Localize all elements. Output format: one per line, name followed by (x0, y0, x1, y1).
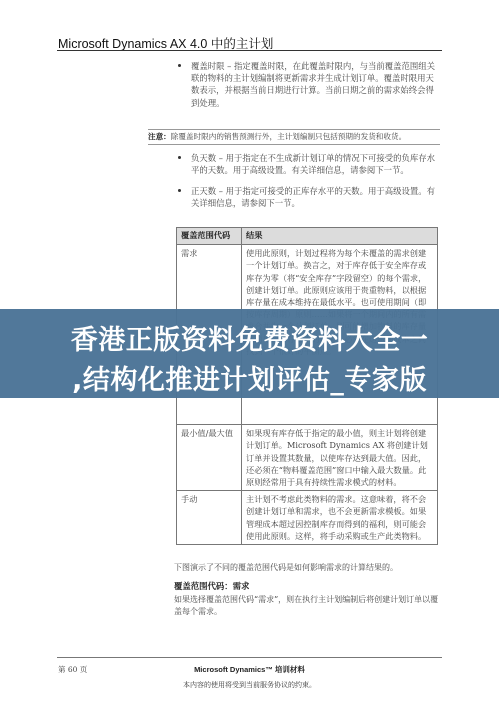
cell-code: 手动 (177, 491, 242, 545)
bullet-negative-days: 负天数 – 用于指定在不生成新计划订单的情况下可接受的负库存水平的天数。用于高级… (178, 152, 436, 176)
column-header-code: 覆盖范围代码 (177, 228, 242, 245)
footer-divider (57, 657, 442, 658)
cell-result: 主计划不考虑此类物料的需求。这意味着，将不会创建计划订单和需求，也不会更新需求模… (242, 491, 438, 545)
bullet-positive-days: 正天数 – 用于指定可接受的正库存水平的天数。用于高级设置。有关详细信息，请参阅… (178, 185, 436, 209)
note-text: 除覆盖时限内的销售预测行外，主计划编制只包括预期的发货和收货。 (171, 132, 406, 141)
bullet-icon (178, 64, 181, 67)
table-header-row: 覆盖范围代码 结果 (177, 228, 438, 245)
cell-code: 最小值/最大值 (177, 425, 242, 491)
footer-terms: 本内容的使用将受到当前服务协议的约束。 (0, 680, 499, 690)
bullet-icon (178, 189, 181, 192)
section-subheading: 覆盖范围代码：需求 (174, 580, 249, 592)
banner-title-line-2: ,结构化推进计划评估_专家版 (0, 358, 499, 397)
bullet-text: 负天数 – 用于指定在不生成新计划订单的情况下可接受的负库存水平的天数。用于高级… (191, 153, 435, 175)
banner-title-line-1: 香港正版资料免费资料大全一 (0, 318, 499, 357)
figure-intro-text: 下图演示了不同的覆盖范围代码是如何影响需求的计算结果的。 (174, 562, 440, 574)
table-row: 最小值/最大值 如果现有库存低于指定的最小值，则主计划将创建计划订单。Micro… (177, 425, 438, 491)
note-box: 注意：除覆盖时限内的销售预测行外，主计划编制只包括预期的发货和收货。 (148, 129, 440, 145)
document-page: Microsoft Dynamics AX 4.0 中的主计划 覆盖时限 – 指… (0, 0, 499, 706)
table-row: 手动 主计划不考虑此类物料的需求。这意味着，将不会创建计划订单和需求，也不会更新… (177, 491, 438, 545)
bullet-text: 正天数 – 用于指定可接受的正库存水平的天数。用于高级设置。有关详细信息，请参阅… (191, 186, 435, 208)
header-divider (57, 50, 442, 51)
bullet-text: 覆盖时限 – 指定覆盖时限，在此覆盖时限内，与当前覆盖范围组关联的物料的主计划编… (191, 61, 435, 108)
footer-brand: Microsoft Dynamics™ 培训材料 (0, 664, 499, 675)
cell-result: 如果现有库存低于指定的最小值，则主计划将创建计划订单。Microsoft Dyn… (242, 425, 438, 491)
column-header-result: 结果 (242, 228, 438, 245)
bullet-icon (178, 156, 181, 159)
bullet-coverage-time-fence: 覆盖时限 – 指定覆盖时限，在此覆盖时限内，与当前覆盖范围组关联的物料的主计划编… (178, 60, 436, 109)
note-label: 注意： (148, 132, 171, 141)
section-paragraph: 如果选择覆盖范围代码“需求”，则在执行主计划编制后将创建计划订单以覆盖每个需求。 (174, 594, 440, 618)
